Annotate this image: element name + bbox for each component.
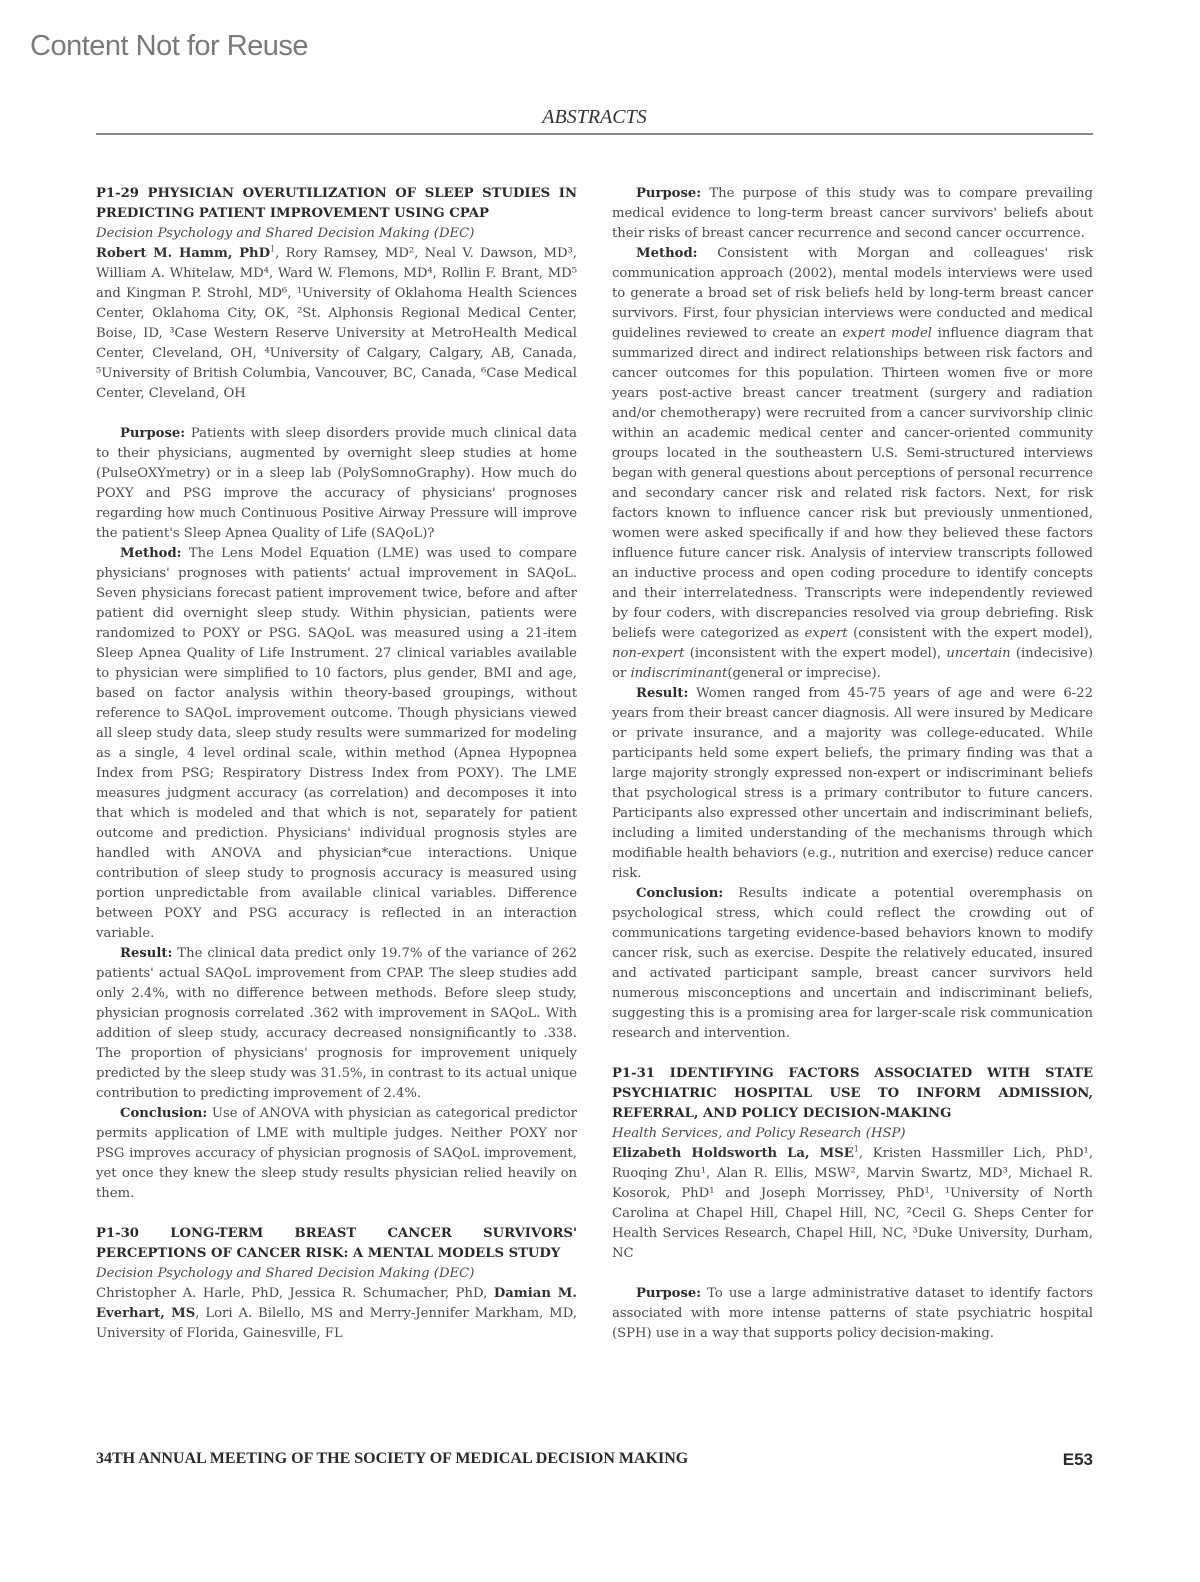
purpose-label: Purpose:: [120, 426, 185, 441]
watermark: Content Not for Reuse: [30, 30, 308, 63]
page-footer: 34TH ANNUAL MEETING OF THE SOCIETY OF ME…: [96, 1450, 1093, 1470]
method-paragraph: Method: The Lens Model Equation (LME) wa…: [96, 544, 577, 944]
purpose-label: Purpose:: [636, 1286, 701, 1301]
method-paragraph: Method: Consistent with Morgan and colle…: [612, 244, 1093, 684]
method-emphasis: expert model: [842, 326, 932, 341]
abstract-p1-29: P1-29 PHYSICIAN OVERUTILIZATION OF SLEEP…: [96, 184, 577, 1204]
method-emphasis: uncertain: [946, 646, 1010, 661]
abstract-authors: Elizabeth Holdsworth La, MSE1, Kristen H…: [612, 1144, 1093, 1264]
abstract-track: Decision Psychology and Shared Decision …: [96, 224, 577, 244]
abstract-track: Health Services, and Policy Research (HS…: [612, 1124, 1093, 1144]
spacer: [612, 1044, 1093, 1064]
method-text: The Lens Model Equation (LME) was used t…: [96, 546, 577, 941]
conference-name: 34TH ANNUAL MEETING OF THE SOCIETY OF ME…: [96, 1450, 688, 1470]
method-text: influence diagram that summarized direct…: [612, 326, 1093, 641]
conclusion-paragraph: Conclusion: Results indicate a potential…: [612, 884, 1093, 1044]
spacer: [612, 1264, 1093, 1284]
abstract-p1-31: P1-31 IDENTIFYING FACTORS ASSOCIATED WIT…: [612, 1064, 1093, 1344]
result-text: The clinical data predict only 19.7% of …: [96, 946, 577, 1101]
co-authors: , Rory Ramsey, MD², Neal V. Dawson, MD³,…: [96, 246, 577, 401]
co-authors: , Kristen Hassmiller Lich, PhD¹, Ruoqing…: [612, 1146, 1093, 1261]
result-label: Result:: [120, 946, 172, 961]
method-label: Method:: [120, 546, 182, 561]
purpose-paragraph: Purpose: The purpose of this study was t…: [612, 184, 1093, 244]
result-paragraph: Result: Women ranged from 45-75 years of…: [612, 684, 1093, 884]
presenting-author: Elizabeth Holdsworth La, MSE: [612, 1146, 854, 1161]
method-emphasis: non-expert: [612, 646, 684, 661]
purpose-paragraph: Purpose: To use a large administrative d…: [612, 1284, 1093, 1344]
left-column: P1-29 PHYSICIAN OVERUTILIZATION OF SLEEP…: [96, 184, 577, 1344]
co-authors-before: Christopher A. Harle, PhD, Jessica R. Sc…: [96, 1286, 494, 1301]
conclusion-paragraph: Conclusion: Use of ANOVA with physician …: [96, 1104, 577, 1204]
right-column: Purpose: The purpose of this study was t…: [612, 184, 1093, 1344]
conclusion-label: Conclusion:: [636, 886, 723, 901]
running-head: ABSTRACTS: [96, 106, 1093, 129]
conclusion-label: Conclusion:: [120, 1106, 207, 1121]
purpose-text: Patients with sleep disorders provide mu…: [96, 426, 577, 541]
abstract-title: P1-30 LONG-TERM BREAST CANCER SURVIVORS'…: [96, 1224, 577, 1264]
method-emphasis: expert: [804, 626, 847, 641]
method-text: (consistent with the expert model),: [848, 626, 1093, 641]
page-number: E53: [1063, 1450, 1093, 1470]
spacer: [96, 1204, 577, 1224]
method-emphasis: indiscriminant: [630, 666, 727, 681]
purpose-paragraph: Purpose: Patients with sleep disorders p…: [96, 424, 577, 544]
result-label: Result:: [636, 686, 688, 701]
abstract-p1-30-header: P1-30 LONG-TERM BREAST CANCER SURVIVORS'…: [96, 1224, 577, 1344]
method-text: (inconsistent with the expert model),: [684, 646, 946, 661]
result-paragraph: Result: The clinical data predict only 1…: [96, 944, 577, 1104]
abstract-authors: Christopher A. Harle, PhD, Jessica R. Sc…: [96, 1284, 577, 1344]
method-label: Method:: [636, 246, 698, 261]
header-rule: [96, 133, 1093, 135]
abstract-track: Decision Psychology and Shared Decision …: [96, 1264, 577, 1284]
abstract-p1-30-body: Purpose: The purpose of this study was t…: [612, 184, 1093, 1044]
presenting-author: Robert M. Hamm, PhD: [96, 246, 270, 261]
abstract-authors: Robert M. Hamm, PhD1, Rory Ramsey, MD², …: [96, 244, 577, 404]
abstract-title: P1-31 IDENTIFYING FACTORS ASSOCIATED WIT…: [612, 1064, 1093, 1124]
conclusion-text: Results indicate a potential overemphasi…: [612, 886, 1093, 1041]
spacer: [96, 404, 577, 424]
abstract-title: P1-29 PHYSICIAN OVERUTILIZATION OF SLEEP…: [96, 184, 577, 224]
result-text: Women ranged from 45-75 years of age and…: [612, 686, 1093, 881]
purpose-label: Purpose:: [636, 186, 701, 201]
method-text: (general or imprecise).: [727, 666, 881, 681]
